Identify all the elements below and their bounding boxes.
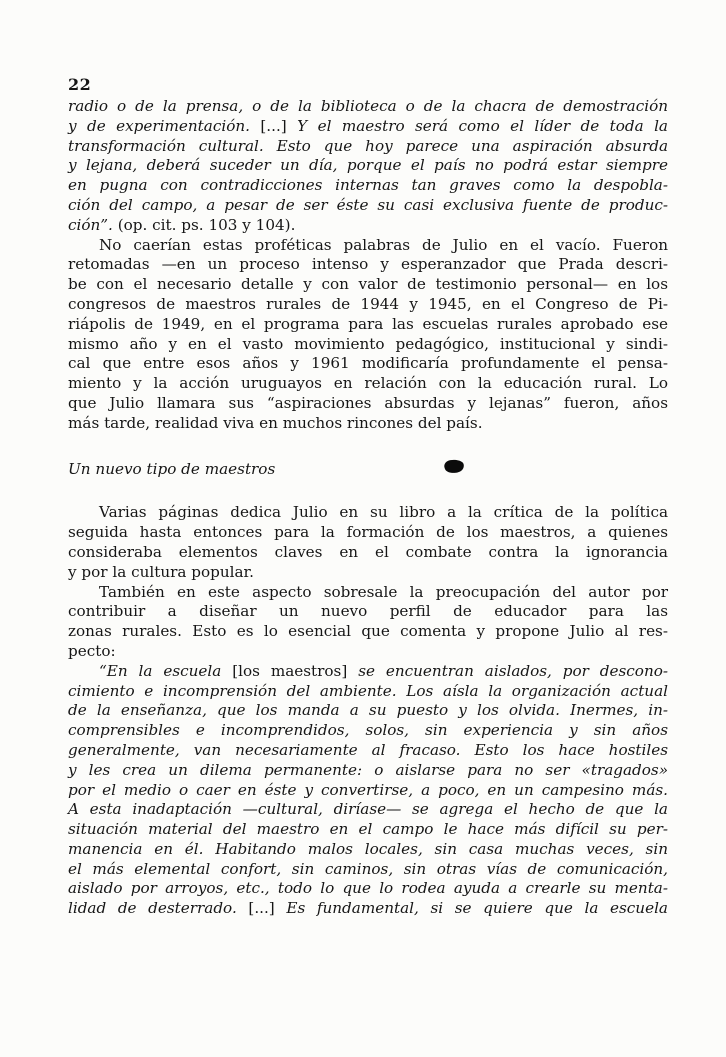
text-line: Varias páginas dedica Julio en su libro …	[68, 503, 668, 523]
text-line: y de experimentación. [...] Y el maestro…	[68, 117, 668, 137]
italic-segment: se encuentran aislados, por descono-	[358, 662, 668, 680]
text-line: comprensibles e incomprendidos, solos, s…	[68, 721, 668, 741]
text-line: en pugna con contradicciones internas ta…	[68, 176, 668, 196]
text-line: radio o de la prensa, o de la biblioteca…	[68, 97, 668, 117]
text-line: be con el necesario detalle y con valor …	[68, 275, 668, 295]
roman-segment: [...]	[248, 899, 286, 917]
italic-segment: y de experimentación.	[68, 117, 260, 135]
italic-segment: ción”.	[68, 216, 118, 234]
text-line: cimiento e incomprensión del ambiente. L…	[68, 682, 668, 702]
text-line: y lejana, deberá suceder un día, porque …	[68, 156, 668, 176]
text-line: miento y la acción uruguayos en relación…	[68, 374, 668, 394]
quote-en-la-escuela: “En la escuela [los maestros] se encuent…	[68, 662, 668, 919]
text-line: También en este aspecto sobresale la pre…	[68, 583, 668, 603]
roman-segment: [...]	[260, 117, 297, 135]
ink-smudge	[442, 459, 465, 476]
text-line: ción del campo, a pesar de ser éste su c…	[68, 196, 668, 216]
text-line: y por la cultura popular.	[68, 563, 668, 583]
text-line: riápolis de 1949, en el programa para la…	[68, 315, 668, 335]
text-line: ción”. (op. cit. ps. 103 y 104).	[68, 216, 668, 236]
text-line: No caerían estas proféticas palabras de …	[68, 236, 668, 256]
text-line: congresos de maestros rurales de 1944 y …	[68, 295, 668, 315]
text-line: pecto:	[68, 642, 668, 662]
text-line: lidad de desterrado. [...] Es fundamenta…	[68, 899, 668, 919]
text-line: manencia en él. Habitando malos locales,…	[68, 840, 668, 860]
quote-continuation: radio o de la prensa, o de la biblioteca…	[68, 97, 668, 236]
text-line: contribuir a diseñar un nuevo perfil de …	[68, 602, 668, 622]
italic-segment: Es fundamental, si se quiere que la escu…	[286, 899, 668, 917]
section-heading-text: Un nuevo tipo de maestros	[68, 460, 275, 478]
text-line: por el medio o caer en éste y convertirs…	[68, 781, 668, 801]
text-line: cal que entre esos años y 1961 modificar…	[68, 354, 668, 374]
text-line: y les crea un dilema permanente: o aisla…	[68, 761, 668, 781]
italic-segment: lidad de desterrado.	[68, 899, 248, 917]
text-line: seguida hasta entonces para la formación…	[68, 523, 668, 543]
text-block: radio o de la prensa, o de la biblioteca…	[68, 97, 668, 919]
body-profetic-words: No caerían estas proféticas palabras de …	[68, 236, 668, 434]
text-line: zonas rurales. Esto es lo esencial que c…	[68, 622, 668, 642]
scanned-book-page: 22 radio o de la prensa, o de la bibliot…	[0, 0, 726, 1057]
body-tambien-aspecto: También en este aspecto sobresale la pre…	[68, 583, 668, 662]
text-line: transformación cultural. Esto que hoy pa…	[68, 137, 668, 157]
section-heading: Un nuevo tipo de maestros	[68, 460, 668, 480]
text-line: mismo año y en el vasto movimiento pedag…	[68, 335, 668, 355]
text-line: generalmente, van necesariamente al frac…	[68, 741, 668, 761]
text-line: aislado por arroyos, etc., todo lo que l…	[68, 879, 668, 899]
italic-segment: Y el maestro será como el líder de toda …	[297, 117, 668, 135]
text-line: más tarde, realidad viva en muchos rinco…	[68, 414, 668, 434]
text-line: A esta inadaptación —cultural, diríase— …	[68, 800, 668, 820]
text-line: situación material del maestro en el cam…	[68, 820, 668, 840]
text-line: el más elemental confort, sin caminos, s…	[68, 860, 668, 880]
text-line: que Julio llamara sus “aspiraciones absu…	[68, 394, 668, 414]
body-varias-paginas: Varias páginas dedica Julio en su libro …	[68, 503, 668, 582]
page-number: 22	[68, 75, 91, 94]
text-line: consideraba elementos claves en el comba…	[68, 543, 668, 563]
roman-segment: (op. cit. ps. 103 y 104).	[118, 216, 296, 234]
text-line: “En la escuela [los maestros] se encuent…	[68, 662, 668, 682]
text-line: de la enseñanza, que los manda a su pues…	[68, 701, 668, 721]
italic-segment: “En la escuela	[99, 662, 232, 680]
roman-segment: [los maestros]	[232, 662, 358, 680]
text-line: retomadas —en un proceso intenso y esper…	[68, 255, 668, 275]
